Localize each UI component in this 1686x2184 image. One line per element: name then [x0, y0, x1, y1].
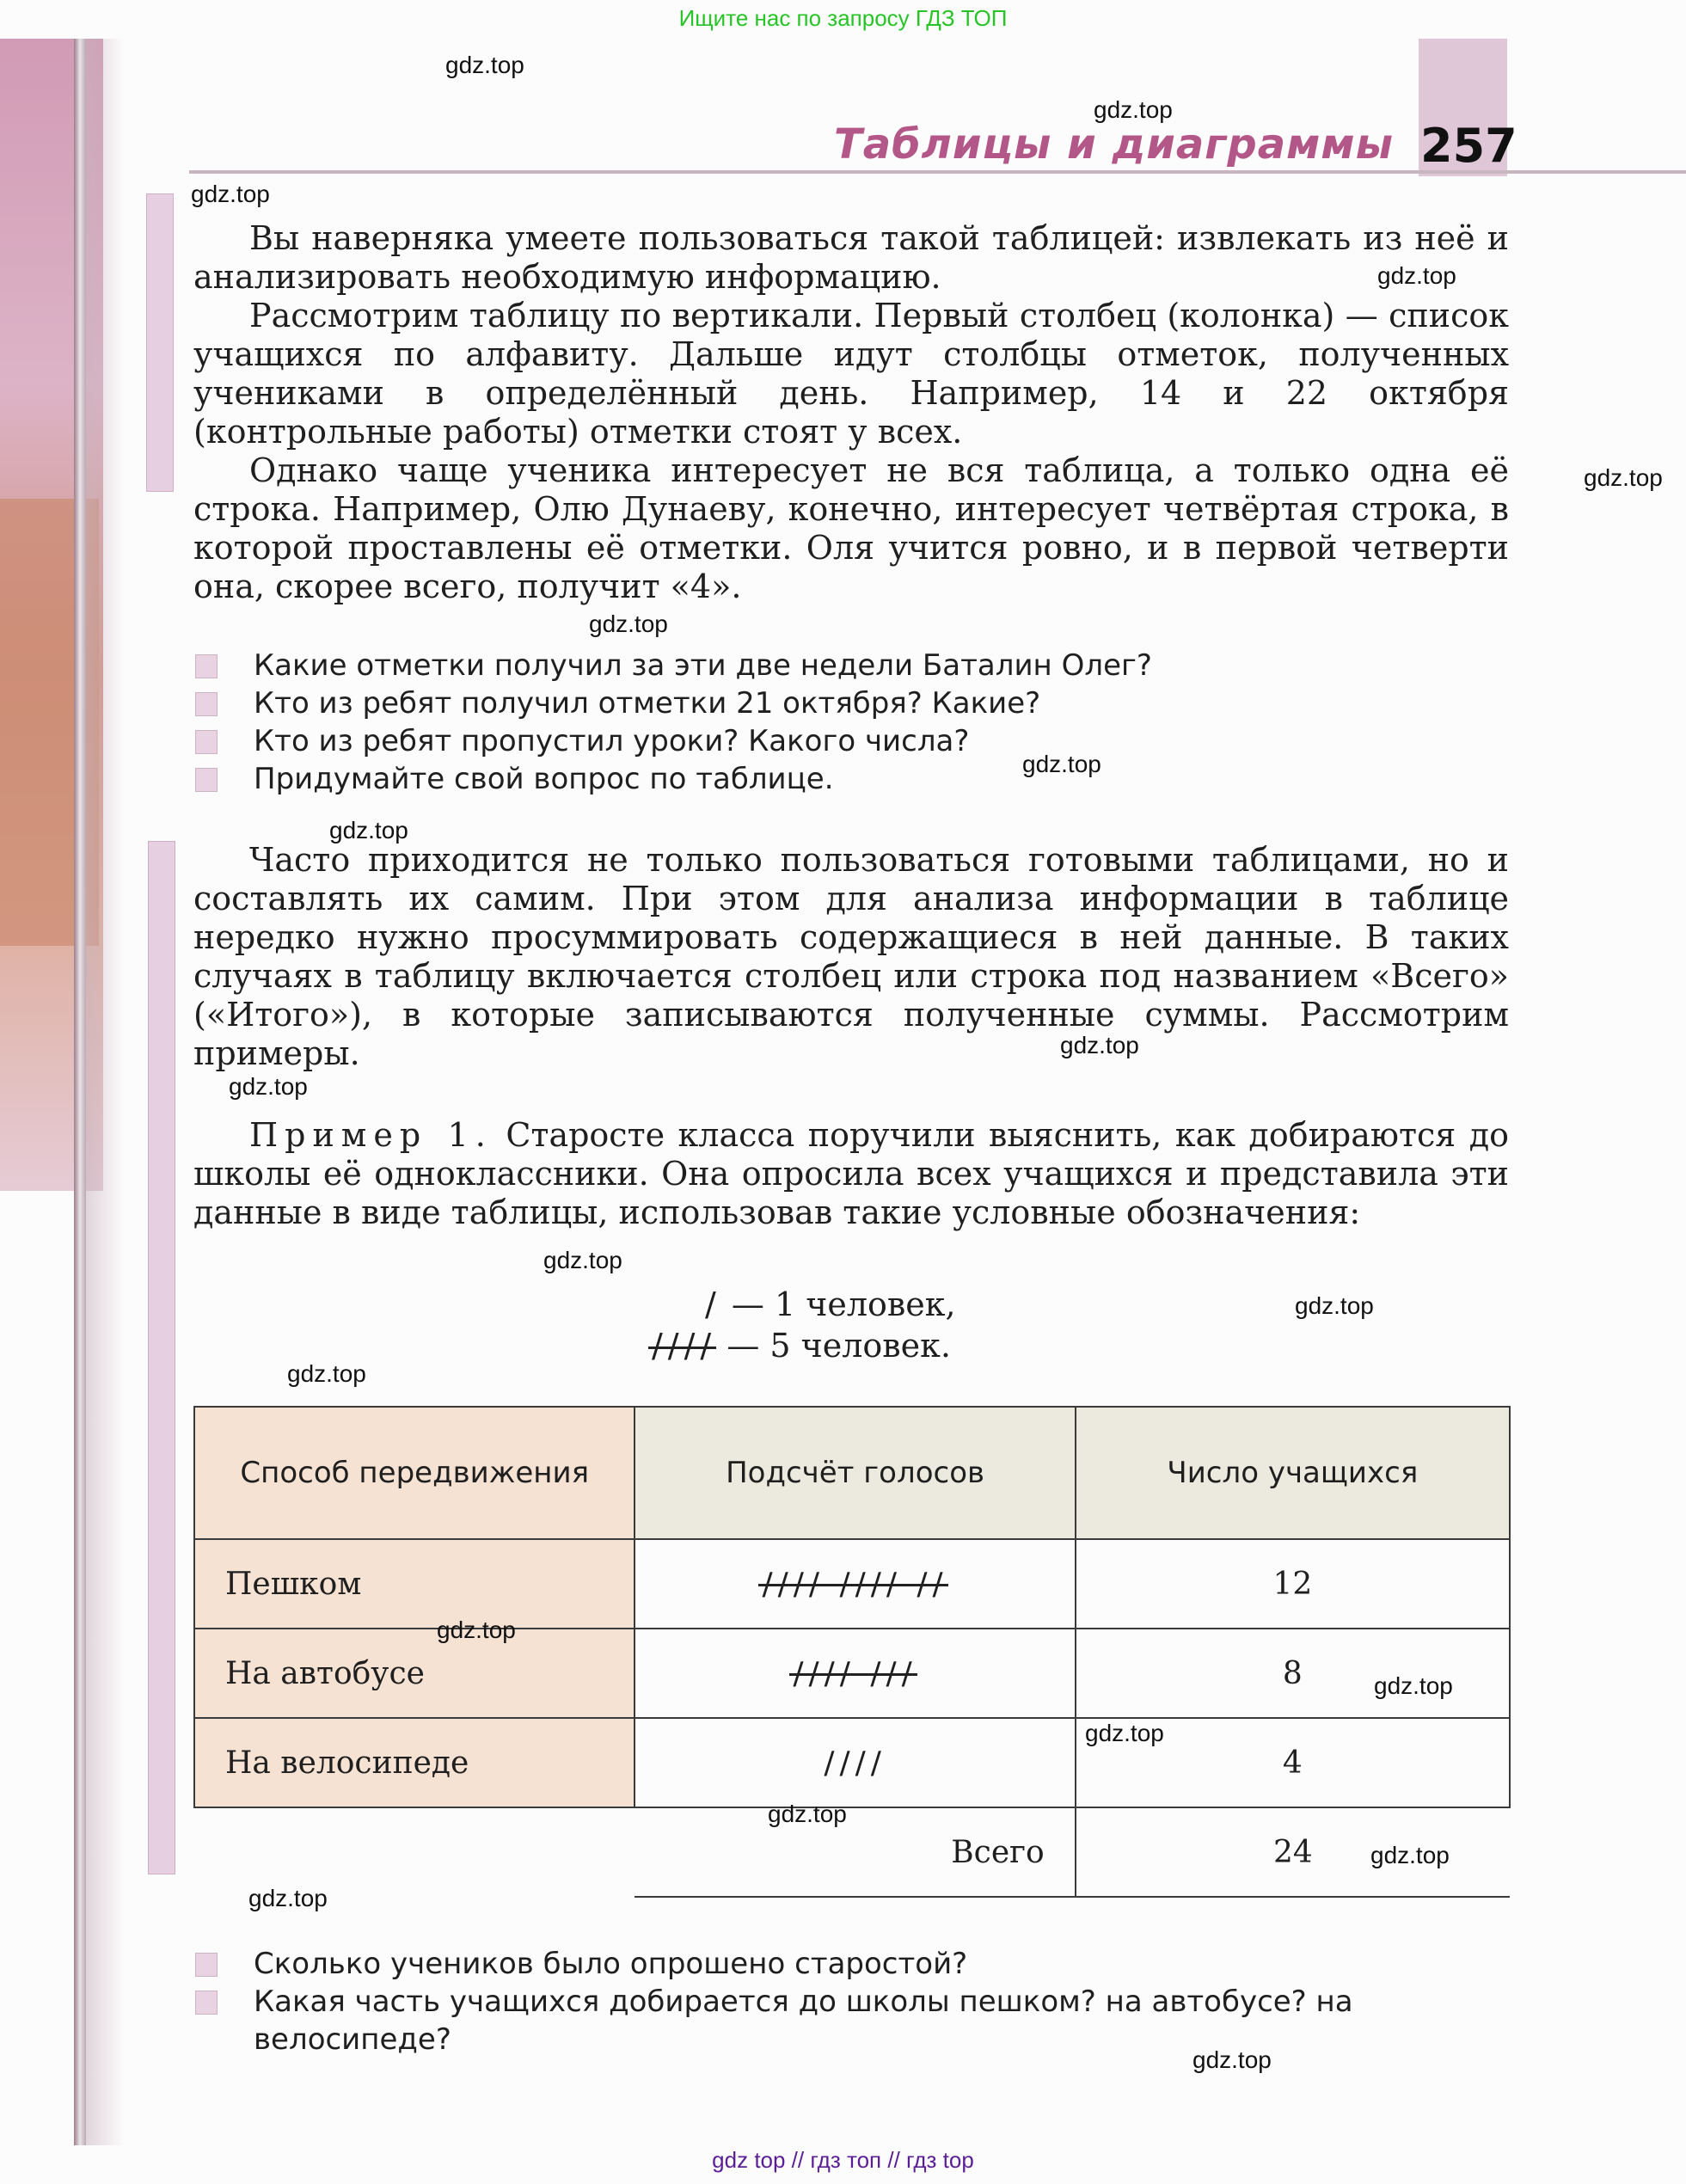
count-cell: 12 [1076, 1539, 1510, 1629]
tally-cell: //// /// [635, 1629, 1075, 1718]
tally-cell: //// //// // [635, 1539, 1075, 1629]
paragraph: Пример 1. Старосте класса поручили выясн… [193, 1116, 1509, 1232]
watermark: gdz.top [1295, 1292, 1374, 1320]
watermark: gdz.top [445, 52, 524, 79]
table-row: На автобусе //// /// 8 [194, 1629, 1510, 1718]
table-row: Пешком //// //// // 12 [194, 1539, 1510, 1629]
legend-row: / — 1 человек, [705, 1285, 956, 1324]
column-header: Способ передвижения [194, 1407, 635, 1539]
header-rule [189, 170, 1686, 174]
question-item: Какая часть учащихся добирается до школы… [193, 1983, 1517, 2058]
watermark: gdz.top [248, 1885, 328, 1912]
method-cell: На автобусе [194, 1629, 635, 1718]
square-bullet-icon [195, 654, 218, 678]
column-header: Число учащихся [1076, 1407, 1510, 1539]
square-bullet-icon [195, 768, 218, 792]
watermark: gdz.top [1192, 2046, 1272, 2074]
example-label: Пример 1. [249, 1116, 493, 1154]
transport-table: Способ передвижения Подсчёт голосов Числ… [193, 1406, 1511, 1898]
book-spine [74, 39, 86, 2145]
intro-text: Вы наверняка умеете пользоваться такой т… [193, 219, 1509, 606]
watermark: gdz.top [543, 1247, 622, 1274]
paragraph: Рассмотрим таблицу по вертикали. Первый … [193, 297, 1509, 451]
table-row: На велосипеде //// 4 [194, 1718, 1510, 1807]
margin-bar [146, 193, 174, 492]
bottom-banner[interactable]: gdz top // гдз топ // гдз top [0, 2147, 1686, 2174]
tally-symbol: //// [652, 1327, 716, 1365]
total-label: Всего [635, 1807, 1075, 1897]
method-cell: Пешком [194, 1539, 635, 1629]
table-total-row: Всего 24 [194, 1807, 1510, 1897]
watermark: gdz.top [229, 1073, 308, 1101]
question-item: Сколько учеников было опрошено старостой… [193, 1945, 1517, 1983]
paragraph: Вы наверняка умеете пользоваться такой т… [193, 219, 1509, 297]
column-header: Подсчёт голосов [635, 1407, 1075, 1539]
summary-text: Часто приходится не только пользоваться … [193, 841, 1509, 1073]
question-item: Какие отметки получил за эти две недели … [193, 647, 1517, 684]
watermark: gdz.top [1584, 464, 1663, 492]
watermark: gdz.top [1377, 262, 1456, 290]
table-header-row: Способ передвижения Подсчёт голосов Числ… [194, 1407, 1510, 1539]
question-item: Кто из ребят получил отметки 21 октября?… [193, 684, 1517, 722]
tally-cell: //// [635, 1718, 1075, 1807]
question-list: Сколько учеников было опрошено старостой… [193, 1945, 1517, 2058]
watermark: gdz.top [1370, 1842, 1450, 1869]
tally-symbol: / [705, 1285, 721, 1324]
square-bullet-icon [195, 1991, 218, 2015]
watermark: gdz.top [1060, 1032, 1139, 1059]
square-bullet-icon [195, 1953, 218, 1977]
legend-row: //// — 5 человек. [652, 1327, 951, 1365]
question-item: Придумайте свой вопрос по таблице. [193, 760, 1517, 798]
watermark: gdz.top [768, 1801, 847, 1828]
page-number: 257 [1420, 119, 1517, 173]
watermark: gdz.top [1022, 751, 1101, 778]
square-bullet-icon [195, 730, 218, 754]
margin-bar [148, 841, 175, 1874]
question-list: Какие отметки получил за эти две недели … [193, 647, 1517, 798]
watermark: gdz.top [437, 1617, 516, 1644]
top-banner[interactable]: Ищите нас по запросу ГДЗ ТОП [0, 5, 1686, 32]
watermark: gdz.top [1085, 1720, 1164, 1747]
watermark: gdz.top [1374, 1672, 1453, 1700]
watermark: gdz.top [329, 817, 408, 844]
paragraph: Часто приходится не только пользоваться … [193, 841, 1509, 1073]
method-cell: На велосипеде [194, 1718, 635, 1807]
spine-shadow [86, 39, 125, 2145]
question-item: Кто из ребят пропустил уроки? Какого чис… [193, 722, 1517, 760]
square-bullet-icon [195, 692, 218, 716]
watermark: gdz.top [1094, 96, 1173, 124]
chapter-title: Таблицы и диаграммы [834, 120, 1394, 169]
example-text: Пример 1. Старосте класса поручили выясн… [193, 1116, 1509, 1232]
paragraph: Однако чаще ученика интересует не вся та… [193, 451, 1509, 606]
watermark: gdz.top [287, 1360, 366, 1388]
watermark: gdz.top [589, 610, 668, 638]
watermark: gdz.top [191, 181, 270, 208]
